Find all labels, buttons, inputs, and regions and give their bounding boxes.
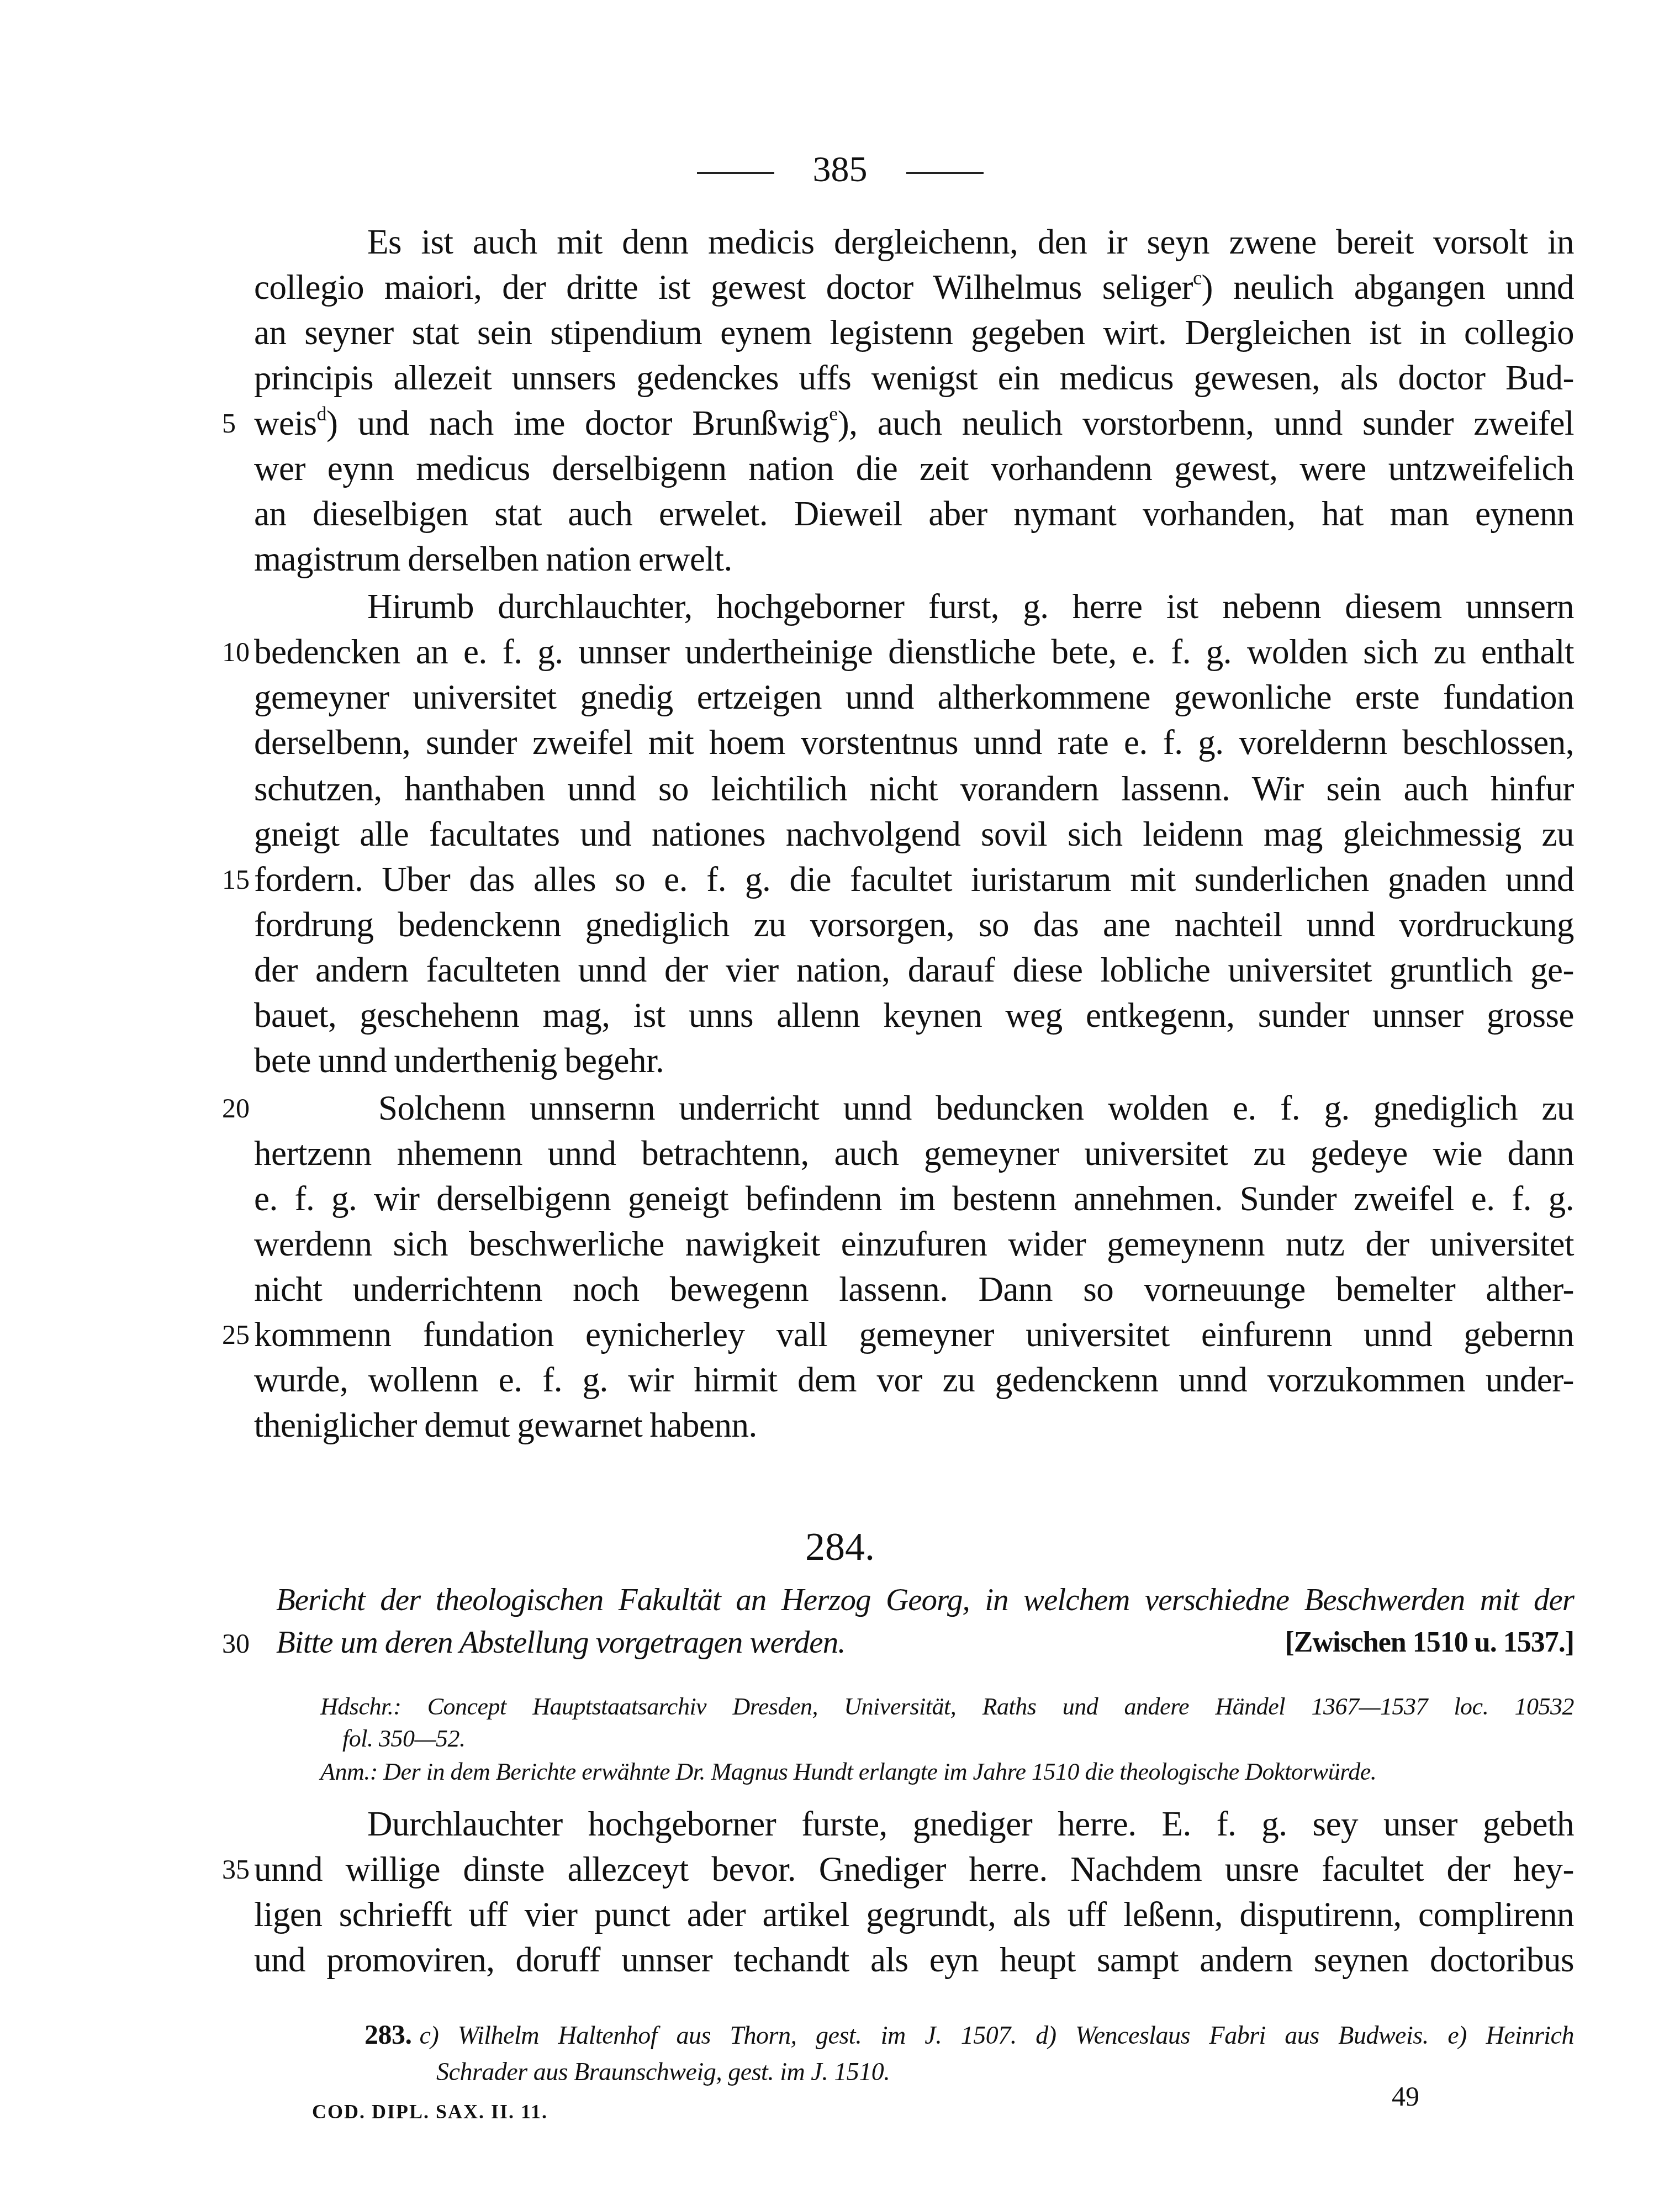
document-summary-line: Bericht der theologischen Fakultät an He… bbox=[276, 1579, 1574, 1622]
body-line: fordrung bedenckenn gnediglich zu vorsor… bbox=[254, 903, 1574, 947]
line-number: 10 bbox=[222, 630, 250, 674]
body-line: wer eynn medicus derselbigenn nation die… bbox=[254, 446, 1574, 490]
body-line: fordern. Uber das alles so e. f. g. die … bbox=[254, 857, 1574, 901]
document-number: 284. bbox=[0, 1522, 1680, 1571]
rule-right bbox=[906, 172, 984, 174]
body-line: ligen schriefft uff vier punct ader arti… bbox=[254, 1892, 1574, 1937]
body-line: theniglicher demut gewarnet habenn. bbox=[254, 1403, 1574, 1447]
body-line: bete unnd underthenig begehr. bbox=[254, 1038, 1574, 1083]
manuscript-source-cont: fol. 350—52. bbox=[342, 1722, 466, 1755]
body-line: magistrum derselben nation erwelt. bbox=[254, 537, 1574, 581]
body-line: der andern faculteten unnd der vier nati… bbox=[254, 948, 1574, 992]
body-line: e. f. g. wir derselbigenn geneigt befind… bbox=[254, 1177, 1574, 1221]
body-line: weisd) und nach ime doctor Brunßwige), a… bbox=[254, 401, 1574, 445]
line-number: 25 bbox=[222, 1312, 250, 1357]
running-head: 385 bbox=[0, 145, 1680, 194]
document-dating: [Zwischen 1510 u. 1537.] bbox=[1259, 1621, 1574, 1664]
body-line: und promoviren, doruff unnser techandt a… bbox=[254, 1938, 1574, 1982]
line-number: 35 bbox=[222, 1847, 250, 1891]
footnote-line: Schrader aus Braunschweig, gest. im J. 1… bbox=[436, 2054, 890, 2090]
line-number: 20 bbox=[222, 1086, 250, 1130]
annotation-note: Anm.: Der in dem Berichte erwähnte Dr. M… bbox=[320, 1755, 1376, 1789]
footnote-marker: e bbox=[829, 403, 837, 425]
body-line: Hirumb durchlauchter, hochgeborner furst… bbox=[367, 584, 1574, 629]
body-line: kommenn fundation eynicherley vall gemey… bbox=[254, 1312, 1574, 1357]
line-number: 15 bbox=[222, 857, 250, 901]
body-line: unnd willige dinste allezceyt bevor. Gne… bbox=[254, 1847, 1574, 1891]
footnote-marker: d bbox=[316, 403, 326, 425]
body-line: schutzen, hanthaben unnd so leichtilich … bbox=[254, 767, 1574, 811]
footnote-marker: c bbox=[1193, 267, 1201, 289]
line-number: 5 bbox=[222, 401, 236, 445]
body-line: bedencken an e. f. g. unnser undertheini… bbox=[254, 630, 1574, 674]
body-line: gemeyner universitet gnedig ertzeigen un… bbox=[254, 675, 1574, 719]
body-line: Durchlauchter hochgeborner furste, gnedi… bbox=[367, 1802, 1574, 1846]
body-line: an seyner stat sein stipendium eynem leg… bbox=[254, 310, 1574, 355]
body-line: principis allezeit unnsers gedenckes uff… bbox=[254, 356, 1574, 400]
manuscript-source: Hdschr.: Concept Hauptstaatsarchiv Dresd… bbox=[320, 1690, 1574, 1723]
body-line: derselbenn, sunder zweifel mit hoem vors… bbox=[254, 720, 1574, 764]
body-line: wurde, wollenn e. f. g. wir hirmit dem v… bbox=[254, 1358, 1574, 1402]
document-summary-line: Bitte um deren Abstellung vorgetragen we… bbox=[276, 1621, 994, 1664]
body-line: gneigt alle facultates und nationes nach… bbox=[254, 812, 1574, 856]
rule-left bbox=[697, 172, 774, 174]
signature-mark: COD. DIPL. SAX. II. 11. bbox=[312, 2098, 548, 2125]
body-line: Solchenn unnsernn underricht unnd bedunc… bbox=[378, 1086, 1574, 1130]
document-page: 385 Es ist auch mit denn medicis derglei… bbox=[0, 0, 1680, 2189]
body-line: werdenn sich beschwerliche nawigkeit ein… bbox=[254, 1222, 1574, 1266]
body-line: nicht underrichtenn noch bewegenn lassen… bbox=[254, 1267, 1574, 1311]
line-number: 30 bbox=[222, 1621, 250, 1665]
footnote-line: 283.c) Wilhelm Haltenhof aus Thorn, gest… bbox=[364, 2016, 1574, 2054]
page-number: 385 bbox=[813, 149, 868, 189]
body-line: an dieselbigen stat auch erwelet. Diewei… bbox=[254, 492, 1574, 536]
body-line: collegio maiori, der dritte ist gewest d… bbox=[254, 265, 1574, 309]
body-line: hertzenn nhemenn unnd betrachtenn, auch … bbox=[254, 1131, 1574, 1175]
body-line: Es ist auch mit denn medicis dergleichen… bbox=[367, 220, 1574, 264]
footnote-ref: 283. bbox=[364, 2019, 412, 2050]
body-line: bauet, geschehenn mag, ist unns allenn k… bbox=[254, 993, 1574, 1037]
sheet-number: 49 bbox=[1392, 2077, 1419, 2116]
